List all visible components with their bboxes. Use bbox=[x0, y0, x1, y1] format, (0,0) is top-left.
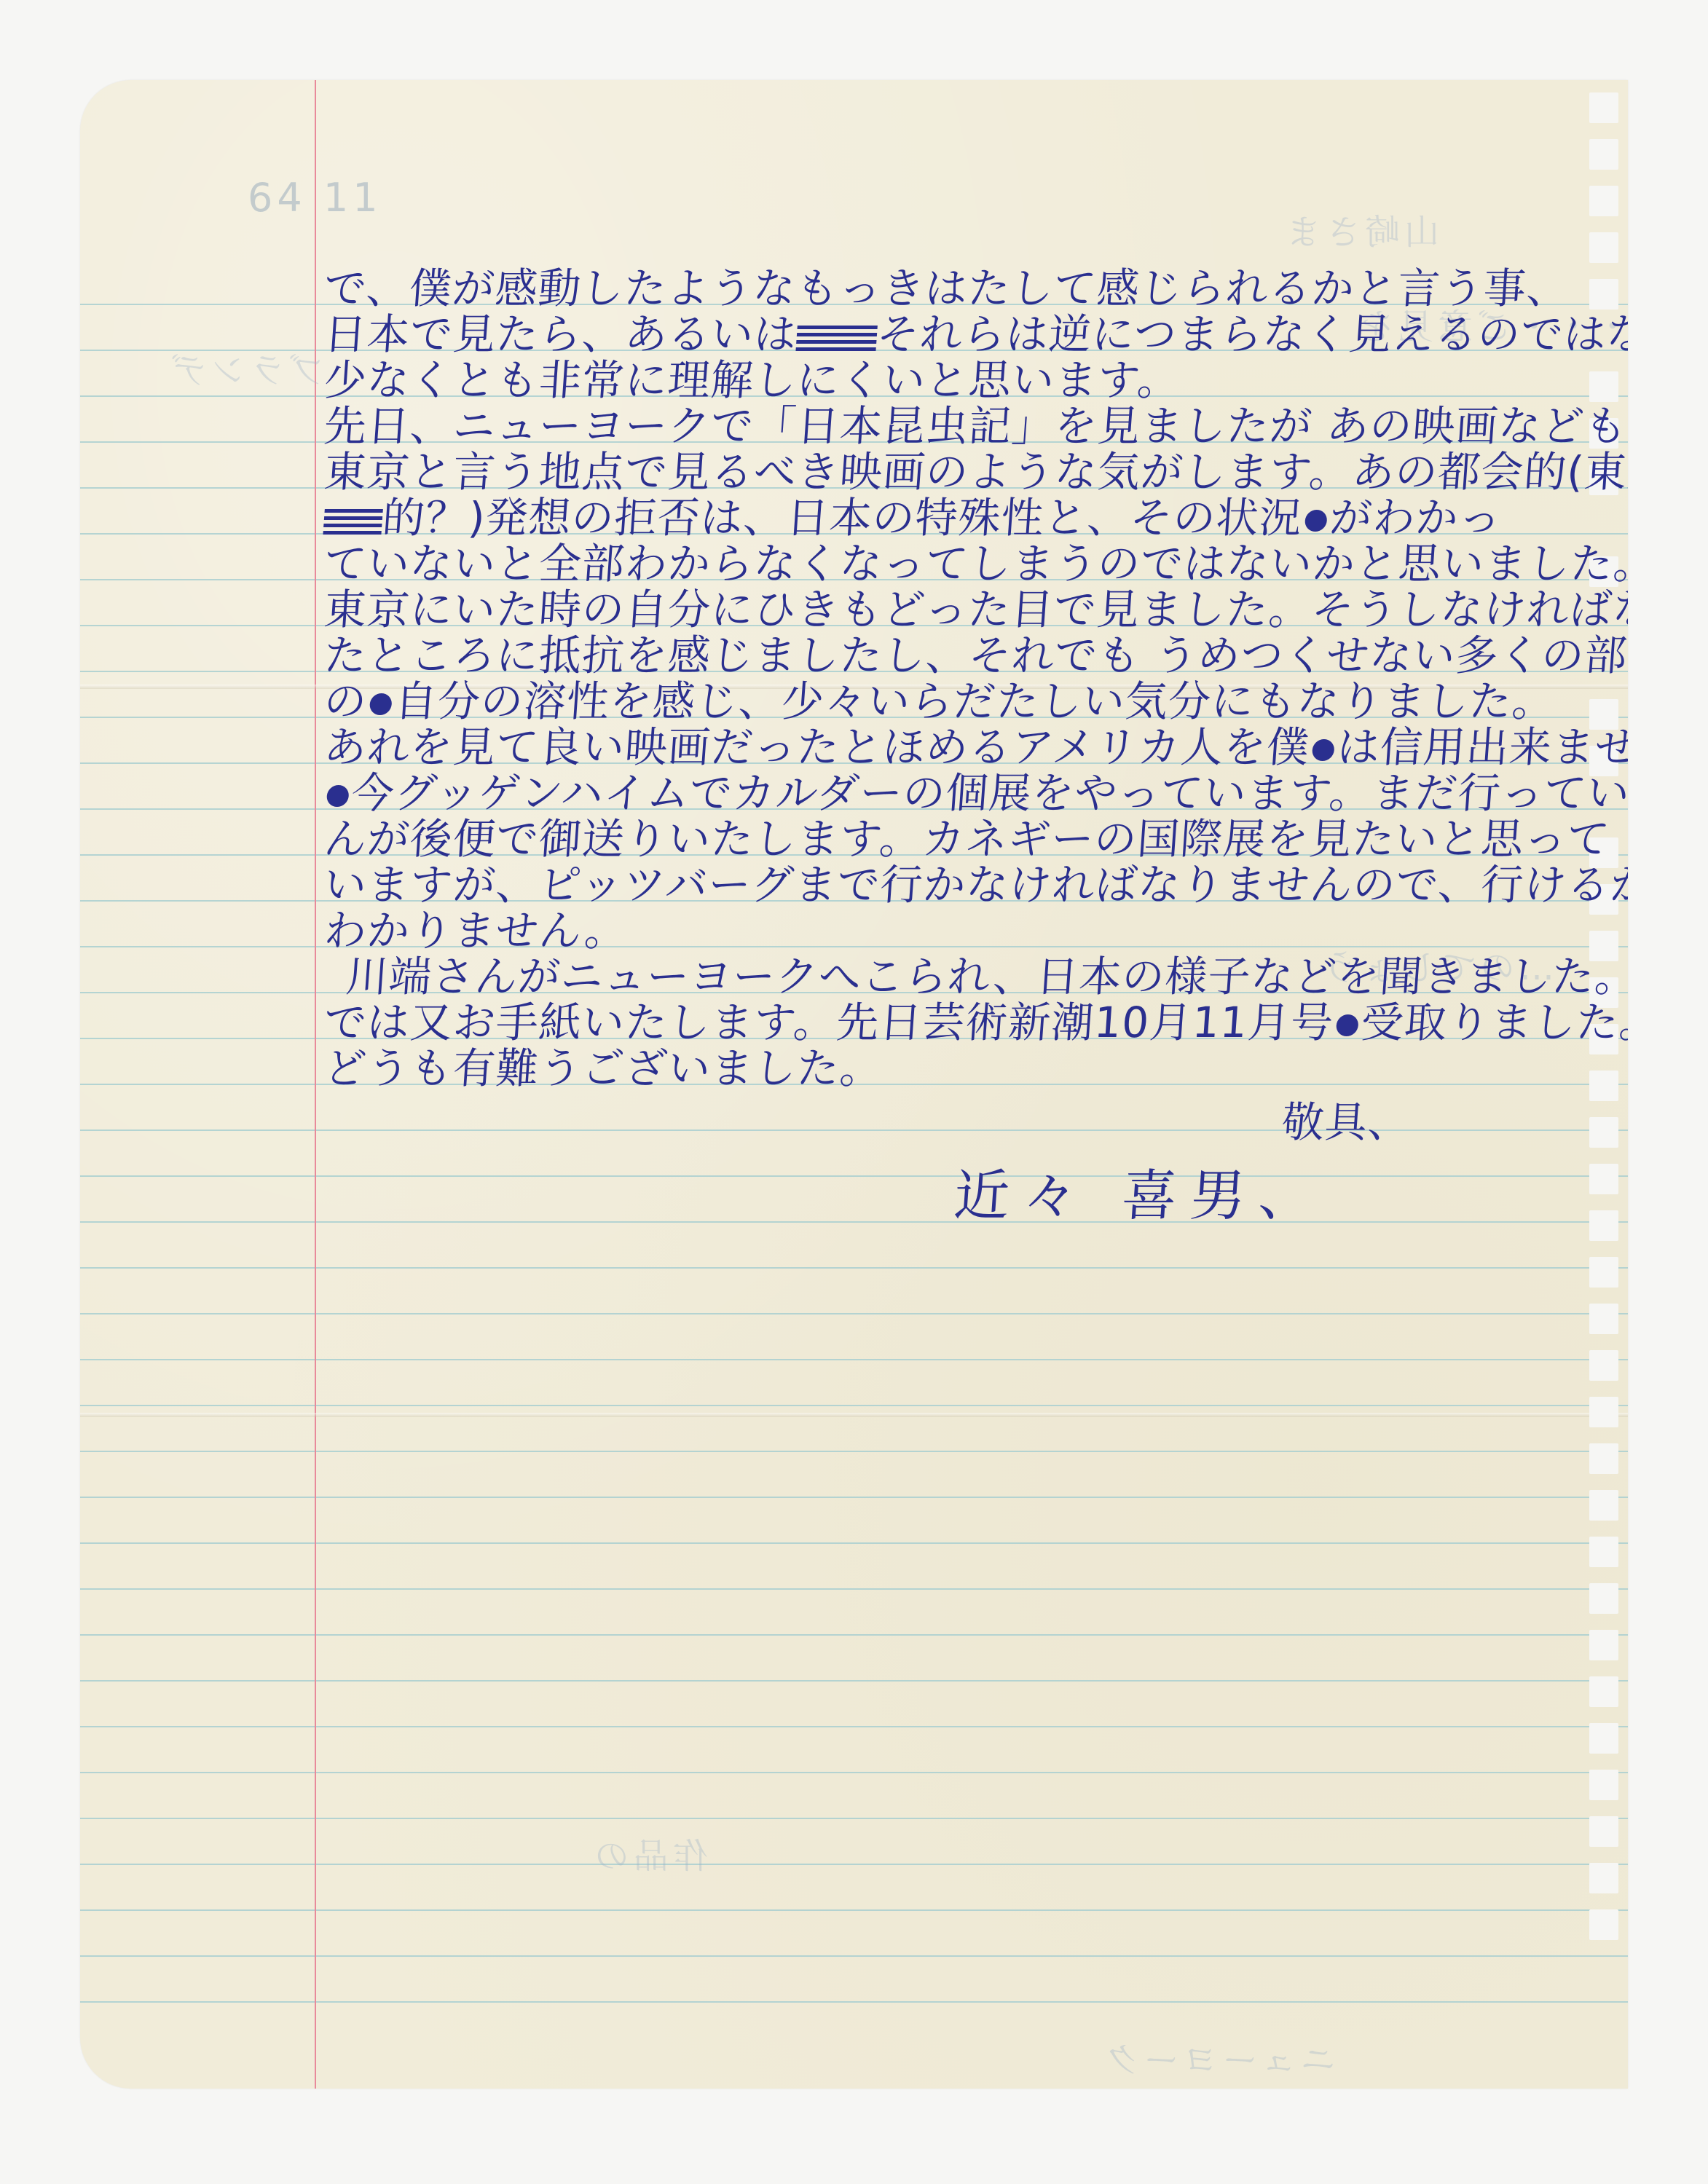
binder-hole bbox=[1589, 1164, 1618, 1194]
letter-line: 川端さんがニューヨークへこられ、日本の様子などを聞きました。 bbox=[345, 954, 1628, 1000]
binder-hole bbox=[1589, 1816, 1618, 1847]
binder-hole bbox=[1589, 1583, 1618, 1614]
letter-line: 的？)発想の拒否は、日本の特殊性と、その状況がわかっ bbox=[323, 495, 1503, 541]
letter-line: 東京と言う地点で見るべき映画のような気がします。あの都会的(東京 bbox=[323, 449, 1628, 495]
ruled-line bbox=[80, 1175, 1628, 1177]
binder-hole bbox=[1589, 1117, 1618, 1148]
ruled-line bbox=[80, 1497, 1628, 1498]
letter-line: 少なくとも非常に理解しにくいと思います。 bbox=[323, 358, 1182, 403]
letter-line: わかりません。 bbox=[323, 908, 629, 954]
binder-hole bbox=[1589, 1723, 1618, 1754]
ruled-line bbox=[80, 1818, 1628, 1819]
letter-line: んが後便で御送りいたします。カネギーの国際展を見たいと思って bbox=[323, 816, 1612, 862]
ruled-line bbox=[80, 1864, 1628, 1865]
ruled-line bbox=[80, 1267, 1628, 1269]
binder-hole bbox=[1589, 139, 1618, 170]
signature: 近々 喜男、 bbox=[953, 1172, 1329, 1218]
binder-hole bbox=[1589, 1397, 1618, 1427]
letter-line: たところに抵抗を感じましたし、それでも うめつくせない多くの部分に現在 bbox=[323, 633, 1628, 679]
binder-hole bbox=[1589, 1863, 1618, 1893]
ruled-line bbox=[80, 1588, 1628, 1590]
letter-line: 先日、ニューヨークで「日本昆虫記」を見ましたが あの映画なども日本の bbox=[323, 403, 1628, 449]
binder-hole bbox=[1589, 1490, 1618, 1521]
showthrough-text: 山崎さま bbox=[1282, 204, 1439, 254]
binder-hole bbox=[1589, 1443, 1618, 1474]
binder-hole bbox=[1589, 186, 1618, 216]
binder-hole bbox=[1589, 1537, 1618, 1567]
binder-hole bbox=[1589, 1257, 1618, 1288]
letter-line: どうも有難うございました。 bbox=[323, 1046, 884, 1092]
crossed-out-word bbox=[795, 323, 878, 351]
showthrough-text: 作品の bbox=[590, 1828, 708, 1878]
binder-hole bbox=[1589, 232, 1618, 263]
letter-line: ていないと全部わからなくなってしまうのではないかと思いました。僕は bbox=[323, 541, 1628, 587]
crossed-out-word bbox=[323, 507, 383, 535]
ruled-line bbox=[80, 1772, 1628, 1773]
letter-line: の自分の溶性を感じ、少々いらだたしい気分にもなりました。 bbox=[323, 679, 1557, 725]
ruled-line bbox=[80, 1955, 1628, 1957]
ruled-line bbox=[80, 1451, 1628, 1452]
binder-hole bbox=[1589, 1350, 1618, 1381]
letter-line: 今グッゲンハイムでカルダーの個展をやっています。まだ行っていませ bbox=[323, 770, 1628, 816]
ruled-line bbox=[80, 1405, 1628, 1406]
ruled-line bbox=[80, 2001, 1628, 2003]
ruled-line bbox=[80, 1221, 1628, 1223]
ruled-line bbox=[80, 1634, 1628, 1636]
ruled-line bbox=[80, 1359, 1628, 1360]
binder-hole bbox=[1589, 371, 1618, 402]
letter-line: で、僕が感動したようなもっきはたして感じられるかと言う事、 bbox=[323, 266, 1571, 312]
ink-blot bbox=[326, 785, 350, 807]
binder-hole bbox=[1589, 1676, 1618, 1707]
binder-hole bbox=[1589, 1071, 1618, 1101]
ruled-line bbox=[80, 1726, 1628, 1727]
binder-hole bbox=[1589, 1210, 1618, 1241]
letter-line: 東京にいた時の自分にひきもどった目で見ました。そうしなければならなかっ bbox=[323, 587, 1628, 633]
pencil-mark: 64 11 bbox=[248, 175, 382, 221]
letter-line: 日本で見たら、あるいはそれらは逆につまらなく見えるのではないか？— bbox=[323, 312, 1628, 358]
letter-line: いますが、ピッツバーグまで行かなければなりませんので、行けるかどうか、 bbox=[323, 862, 1628, 908]
closing: 敬具、 bbox=[1280, 1100, 1412, 1146]
binder-hole bbox=[1589, 1630, 1618, 1660]
ruled-line bbox=[80, 1909, 1628, 1911]
letter-paper: 山崎さま ・・・ご意見を …のでしょう ブランデ 作品の ニューヨーク 64 1… bbox=[80, 80, 1628, 2089]
letter-line: あれを見て良い映画だったとほめるアメリカ人を僕は信用出来ません。 bbox=[323, 725, 1628, 770]
ruled-line bbox=[80, 1542, 1628, 1544]
ruled-line bbox=[80, 1680, 1628, 1682]
fold-crease bbox=[80, 1413, 1628, 1417]
showthrough-text: ブランデ bbox=[168, 342, 325, 393]
ink-blot bbox=[369, 693, 393, 715]
binder-hole bbox=[1589, 1304, 1618, 1334]
binder-hole bbox=[1589, 1770, 1618, 1800]
ink-blot bbox=[1312, 739, 1335, 761]
showthrough-text: ニューヨーク bbox=[1100, 2032, 1336, 2082]
binder-hole bbox=[1589, 1909, 1618, 1940]
ink-blot bbox=[1304, 510, 1327, 532]
ruled-line bbox=[80, 1313, 1628, 1314]
ink-blot bbox=[1336, 1014, 1359, 1036]
letter-line: では又お手紙いたします。先日芸術新潮10月11月号受取りました。 bbox=[323, 1000, 1628, 1046]
binder-hole bbox=[1589, 92, 1618, 123]
